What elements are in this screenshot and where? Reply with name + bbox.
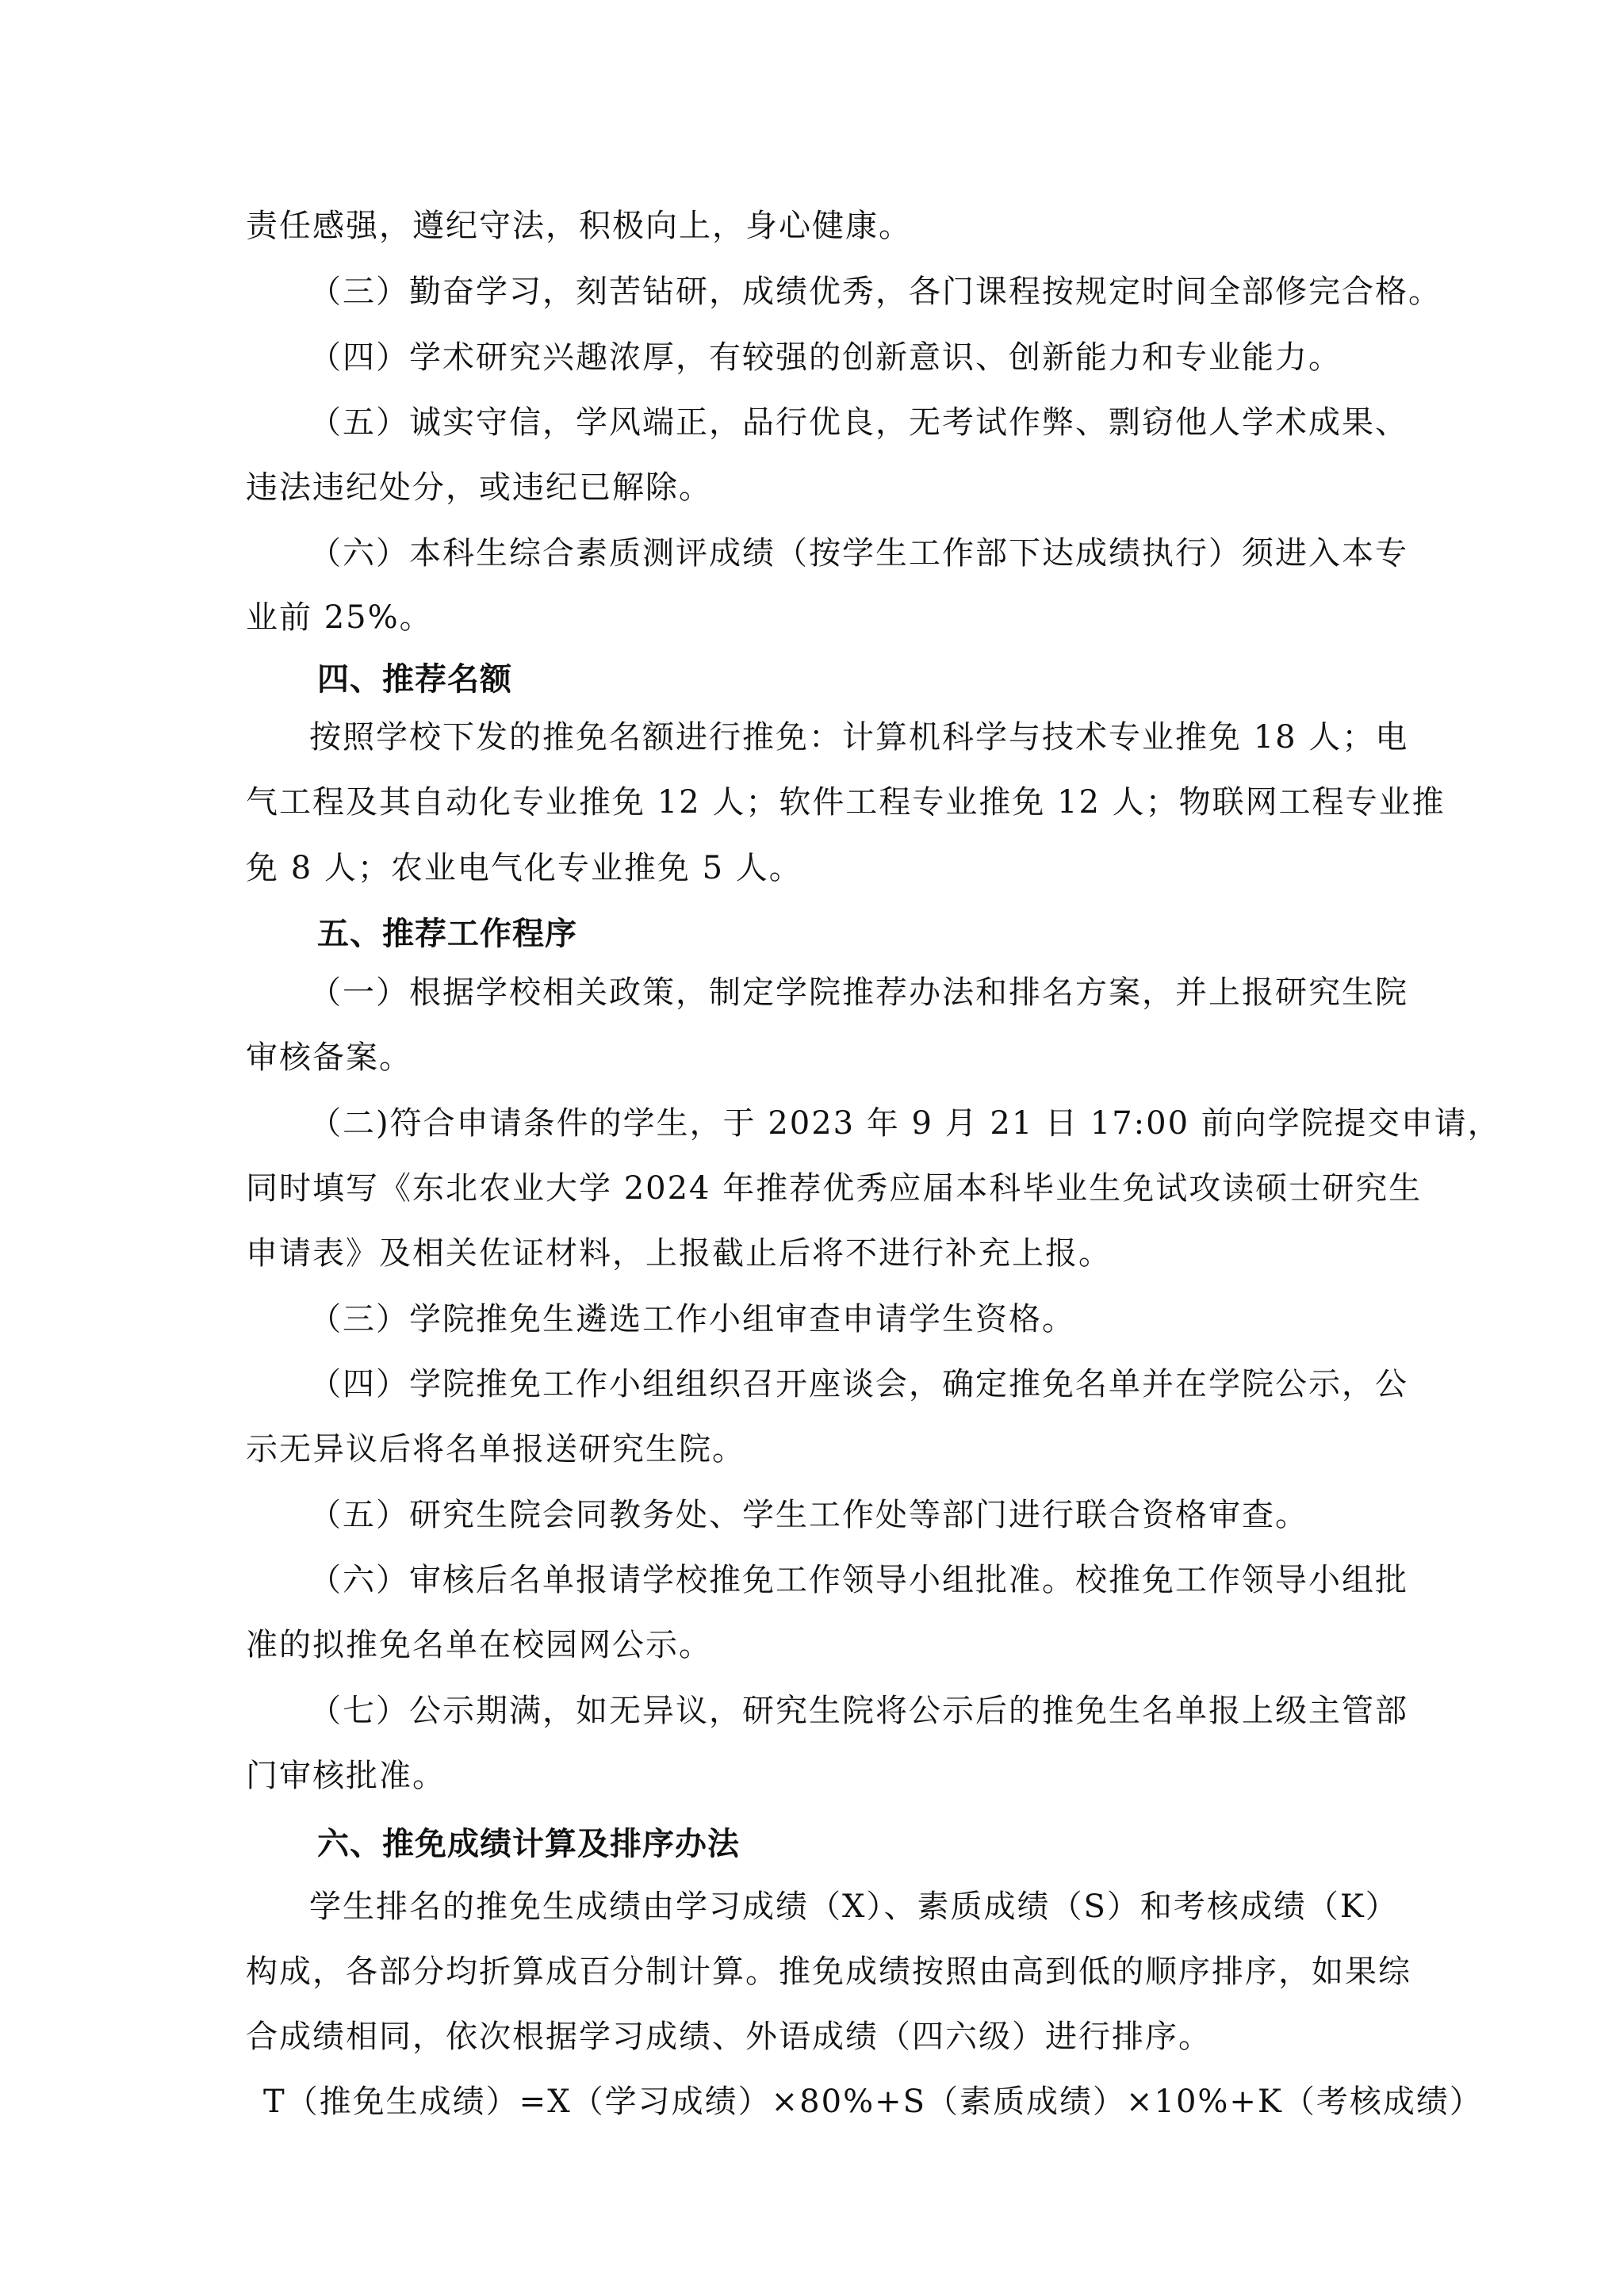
quota-paragraph-line-2: 气工程及其自动化专业推免 12 人；软件工程专业推免 12 人；物联网工程专业推 <box>246 779 1396 826</box>
condition-6: （六）本科生综合素质测评成绩（按学生工作部下达成绩执行）须进入本专 <box>309 530 1396 577</box>
procedure-step-2: （二)符合申请条件的学生，于 2023 年 9 月 21 日 17:00 前向学… <box>309 1100 1396 1147</box>
document-page: 责任感强，遵纪守法，积极向上，身心健康。 （三）勤奋学习，刻苦钻研，成绩优秀，各… <box>0 0 1624 2296</box>
procedure-step-2-line-3: 申请表》及相关佐证材料，上报截止后将不进行补充上报。 <box>246 1230 1112 1277</box>
procedure-step-1: （一）根据学校相关政策，制定学院推荐办法和排名方案，并上报研究生院 <box>309 969 1396 1016</box>
quota-paragraph: 按照学校下发的推免名额进行推免：计算机科学与技术专业推免 18 人；电 <box>309 714 1396 761</box>
procedure-step-7-continued: 门审核批准。 <box>246 1752 446 1800</box>
paragraph-line: 责任感强，遵纪守法，积极向上，身心健康。 <box>246 202 912 250</box>
score-formula: T（推免生成绩）=X（学习成绩）×80%+S（素质成绩）×10%+K（考核成绩） <box>263 2078 1396 2126</box>
section-heading-procedure: 五、推荐工作程序 <box>317 910 577 958</box>
procedure-step-6-continued: 准的拟推免名单在校园网公示。 <box>246 1621 712 1669</box>
condition-5-continued: 违法违纪处分，或违纪已解除。 <box>246 464 712 511</box>
score-paragraph: 学生排名的推免生成绩由学习成绩（X）、素质成绩（S）和考核成绩（K） <box>309 1883 1396 1931</box>
procedure-step-1-continued: 审核备案。 <box>246 1034 412 1081</box>
score-paragraph-line-2: 构成，各部分均折算成百分制计算。推免成绩按照由高到低的顺序排序，如果综 <box>246 1948 1396 1996</box>
procedure-step-6: （六）审核后名单报请学校推免工作领导小组批准。校推免工作领导小组批 <box>309 1556 1396 1604</box>
procedure-step-7: （七）公示期满，如无异议，研究生院将公示后的推免生名单报上级主管部 <box>309 1687 1396 1735</box>
procedure-step-2-line-2: 同时填写《东北农业大学 2024 年推荐优秀应届本科毕业生免试攻读硕士研究生 <box>246 1165 1396 1212</box>
quota-paragraph-line-3: 免 8 人；农业电气化专业推免 5 人。 <box>246 844 802 892</box>
condition-3: （三）勤奋学习，刻苦钻研，成绩优秀，各门课程按规定时间全部修完合格。 <box>309 268 1396 316</box>
procedure-step-4: （四）学院推免工作小组组织召开座谈会，确定推免名单并在学院公示，公 <box>309 1360 1396 1408</box>
condition-6-continued: 业前 25%。 <box>246 594 433 641</box>
condition-5: （五）诚实守信，学风端正，品行优良，无考试作弊、剽窃他人学术成果、 <box>309 399 1396 446</box>
procedure-step-5: （五）研究生院会同教务处、学生工作处等部门进行联合资格审查。 <box>309 1491 1308 1539</box>
section-heading-score-calculation: 六、推免成绩计算及排序办法 <box>317 1820 740 1868</box>
condition-4: （四）学术研究兴趣浓厚，有较强的创新意识、创新能力和专业能力。 <box>309 334 1342 381</box>
section-heading-quota: 四、推荐名额 <box>317 656 512 703</box>
procedure-step-4-continued: 示无异议后将名单报送研究生院。 <box>246 1425 745 1473</box>
score-paragraph-line-3: 合成绩相同，依次根据学习成绩、外语成绩（四六级）进行排序。 <box>246 2013 1212 2061</box>
procedure-step-3: （三）学院推免生遴选工作小组审查申请学生资格。 <box>309 1295 1075 1343</box>
